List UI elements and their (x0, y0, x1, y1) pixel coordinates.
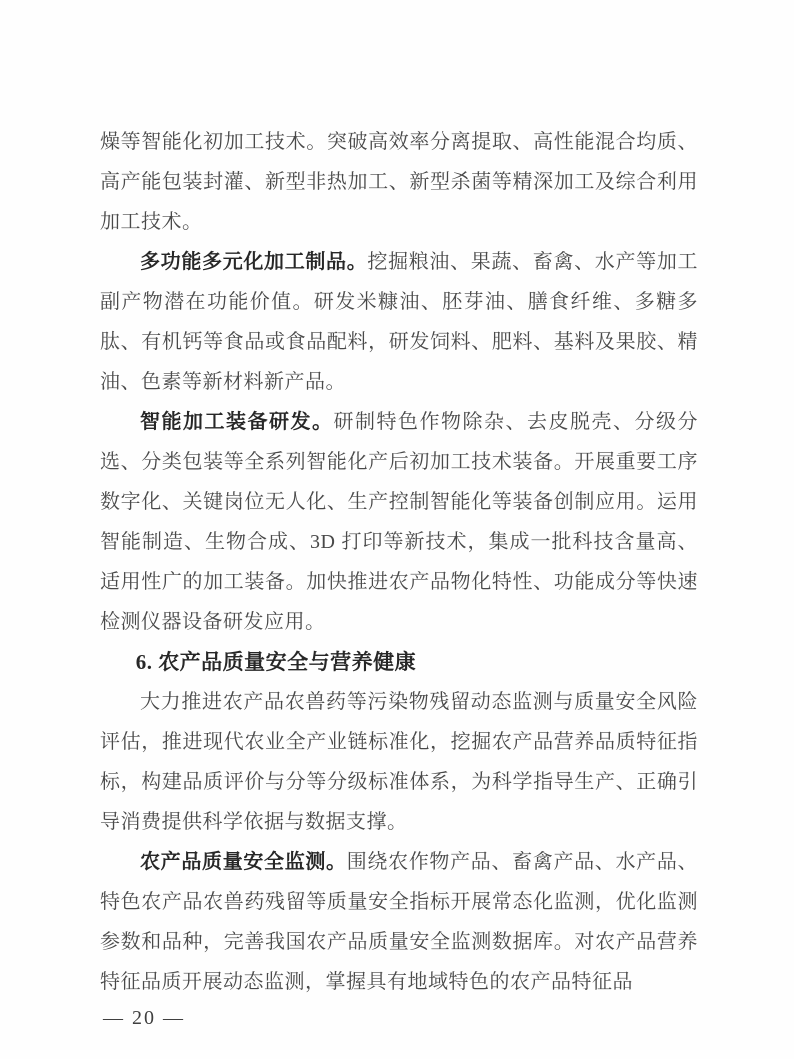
page-number: — 20 — (103, 1003, 185, 1033)
paragraph-text: 燥等智能化初加工技术。突破高效率分离提取、高性能混合均质、高产能包装封灌、新型非… (100, 131, 698, 233)
paragraph-text: 研制特色作物除杂、去皮脱壳、分级分选、分类包装等全系列智能化产后初加工技术装备。… (100, 411, 698, 633)
paragraph: 智能加工装备研发。研制特色作物除杂、去皮脱壳、分级分选、分类包装等全系列智能化产… (100, 402, 698, 642)
paragraph: 多功能多元化加工制品。挖掘粮油、果蔬、畜禽、水产等加工副产物潜在功能价值。研发米… (100, 242, 698, 402)
paragraph-text: 大力推进农产品农兽药等污染物残留动态监测与质量安全风险评估，推进现代农业全产业链… (100, 691, 698, 833)
section-heading: 6. 农产品质量安全与营养健康 (100, 642, 698, 682)
paragraph-lead: 智能加工装备研发。 (140, 411, 334, 433)
document-body: 燥等智能化初加工技术。突破高效率分离提取、高性能混合均质、高产能包装封灌、新型非… (100, 122, 698, 1002)
paragraph: 农产品质量安全监测。围绕农作物产品、畜禽产品、水产品、特色农产品农兽药残留等质量… (100, 842, 698, 1002)
paragraph: 大力推进农产品农兽药等污染物残留动态监测与质量安全风险评估，推进现代农业全产业链… (100, 682, 698, 842)
paragraph: 燥等智能化初加工技术。突破高效率分离提取、高性能混合均质、高产能包装封灌、新型非… (100, 122, 698, 242)
paragraph-lead: 多功能多元化加工制品。 (140, 251, 367, 273)
document-page: 燥等智能化初加工技术。突破高效率分离提取、高性能混合均质、高产能包装封灌、新型非… (0, 0, 794, 1059)
paragraph-lead: 农产品质量安全监测。 (140, 851, 347, 873)
